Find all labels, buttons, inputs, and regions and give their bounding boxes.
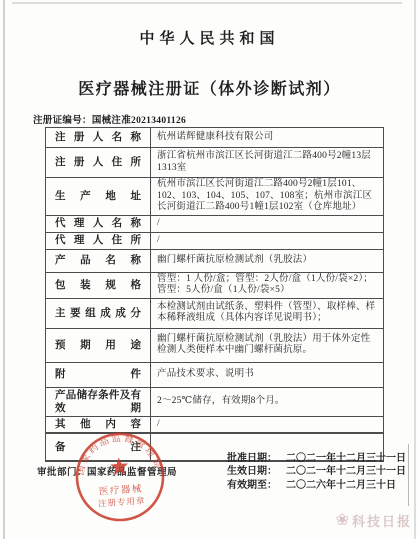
certificate-table: 注册人名称 杭州诺辉健康科技有限公司 注册人住所 浙江省杭州市滨江区长河街道江二…	[45, 127, 384, 462]
row-value: /	[151, 215, 384, 232]
row-value: 浙江省杭州市滨江区长河街道江二路400号2幢13层1313室	[151, 148, 384, 178]
row-value: 杭州诺辉健康科技有限公司	[151, 128, 384, 148]
row-label: 其他内容	[46, 417, 151, 434]
row-value: 杭州市滨江区长河街道江二路400号2幢1层101、102、103、104、105…	[151, 178, 384, 216]
row-label: 代理人名称	[46, 215, 151, 232]
row-label: 主要组成成分	[46, 298, 151, 328]
table-row: 生产地址 杭州市滨江区长河街道江二路400号2幢1层101、102、103、10…	[46, 178, 384, 216]
certificate-number-value: 国械注准20213401126	[92, 116, 186, 126]
row-label: 预期用途	[46, 328, 151, 362]
row-value: 2～25℃储存，有效期8个月。	[151, 387, 384, 416]
expiry-date-value: 二〇二六年十二月三十日	[286, 480, 396, 491]
row-value: 管型：1 人份/盒；管型：2人份/盒（1人份/袋×2）；管型：5人份/盒（1人份…	[151, 272, 384, 298]
row-label: 附件	[46, 362, 151, 387]
approval-department-label: 审批部门：	[37, 468, 87, 478]
approval-department-value: 国家药品监督管理局	[87, 468, 177, 478]
stamp-text-line2: 注册专用章	[98, 495, 146, 508]
table-row: 包装规格 管型：1 人份/盒；管型：2人份/盒（1人份/袋×2）；管型：5人份/…	[46, 272, 384, 298]
row-label: 代理人住所	[46, 232, 151, 249]
table-row: 预期用途 幽门螺杆菌抗原检测试剂（乳胶法）用于体外定性检测人类便样本中幽门螺杆菌…	[46, 328, 384, 362]
table-row: 产品名称 幽门螺杆菌抗原检测试剂（乳胶法）	[46, 249, 384, 272]
table-row: 注册人名称 杭州诺辉健康科技有限公司	[46, 128, 384, 148]
approval-department-line: 审批部门：国家药品监督管理局	[37, 464, 177, 478]
watermark-logo-icon: ❀	[336, 513, 349, 529]
table-row: 代理人住所 /	[46, 232, 384, 249]
row-value: /	[151, 232, 384, 249]
row-label: 生产地址	[46, 178, 151, 216]
row-label: 产品储存条件及有效期	[46, 387, 151, 416]
row-label: 注册人名称	[46, 128, 151, 148]
watermark-text: 科技日报	[352, 511, 412, 530]
table-row: 主要组成成分 本检测试剂由试纸条、塑料件（管型）、取样棒、样本稀释液组成（具体内…	[46, 298, 384, 328]
row-label: 包装规格	[46, 272, 151, 298]
effective-date-value: 二〇二一年十二月三十一日	[286, 466, 406, 477]
date-block: 批准日期：二〇二一年十二月三十一日 生效日期：二〇二一年十二月三十一日 有效期至…	[227, 452, 406, 492]
approval-date-value: 二〇二一年十二月三十一日	[286, 453, 406, 464]
table-row: 代理人名称 /	[46, 215, 384, 232]
row-value: 本检测试剂由试纸条、塑料件（管型）、取样棒、样本稀释液组成（具体内容详见说明书）…	[151, 298, 384, 328]
stamp-text-line1: 医疗器械	[99, 482, 144, 497]
expiry-date-label: 有效期至：	[227, 480, 277, 491]
table-row: 附件 产品技术要求、说明书	[46, 362, 384, 387]
approval-date-line: 批准日期：二〇二一年十二月三十一日	[227, 452, 406, 465]
row-label: 备注	[46, 433, 151, 461]
certificate-page: 中华人民共和国 医疗器械注册证（体外诊断试剂） 注册证编号：国械注准202134…	[0, 0, 419, 539]
country-title: 中华人民共和国	[0, 27, 419, 48]
certificate-title: 医疗器械注册证（体外诊断试剂）	[0, 76, 419, 99]
approval-date-label: 批准日期：	[227, 453, 277, 464]
row-label: 产品名称	[46, 249, 151, 272]
watermark: ❀ 科技日报	[336, 511, 412, 530]
row-value: /	[151, 417, 384, 434]
row-value: 幽门螺杆菌抗原检测试剂（乳胶法）	[151, 249, 384, 272]
photo-fold-line	[408, 444, 409, 506]
table-row: 产品储存条件及有效期 2～25℃储存，有效期8个月。	[46, 387, 384, 416]
table-row: 其他内容 /	[46, 417, 384, 434]
photo-edge-top	[12, 2, 402, 4]
table-row: 注册人住所 浙江省杭州市滨江区长河街道江二路400号2幢13层1313室	[46, 148, 384, 178]
effective-date-label: 生效日期：	[227, 466, 277, 477]
certificate-number-line: 注册证编号：国械注准20213401126	[33, 112, 186, 126]
row-value: 产品技术要求、说明书	[151, 362, 384, 387]
effective-date-line: 生效日期：二〇二一年十二月三十一日	[227, 465, 406, 478]
row-label: 注册人住所	[46, 148, 151, 178]
certificate-number-label: 注册证编号：	[33, 116, 92, 126]
expiry-date-line: 有效期至：二〇二六年十二月三十日	[227, 479, 406, 492]
row-value: 幽门螺杆菌抗原检测试剂（乳胶法）用于体外定性检测人类便样本中幽门螺杆菌抗原。	[151, 328, 384, 362]
